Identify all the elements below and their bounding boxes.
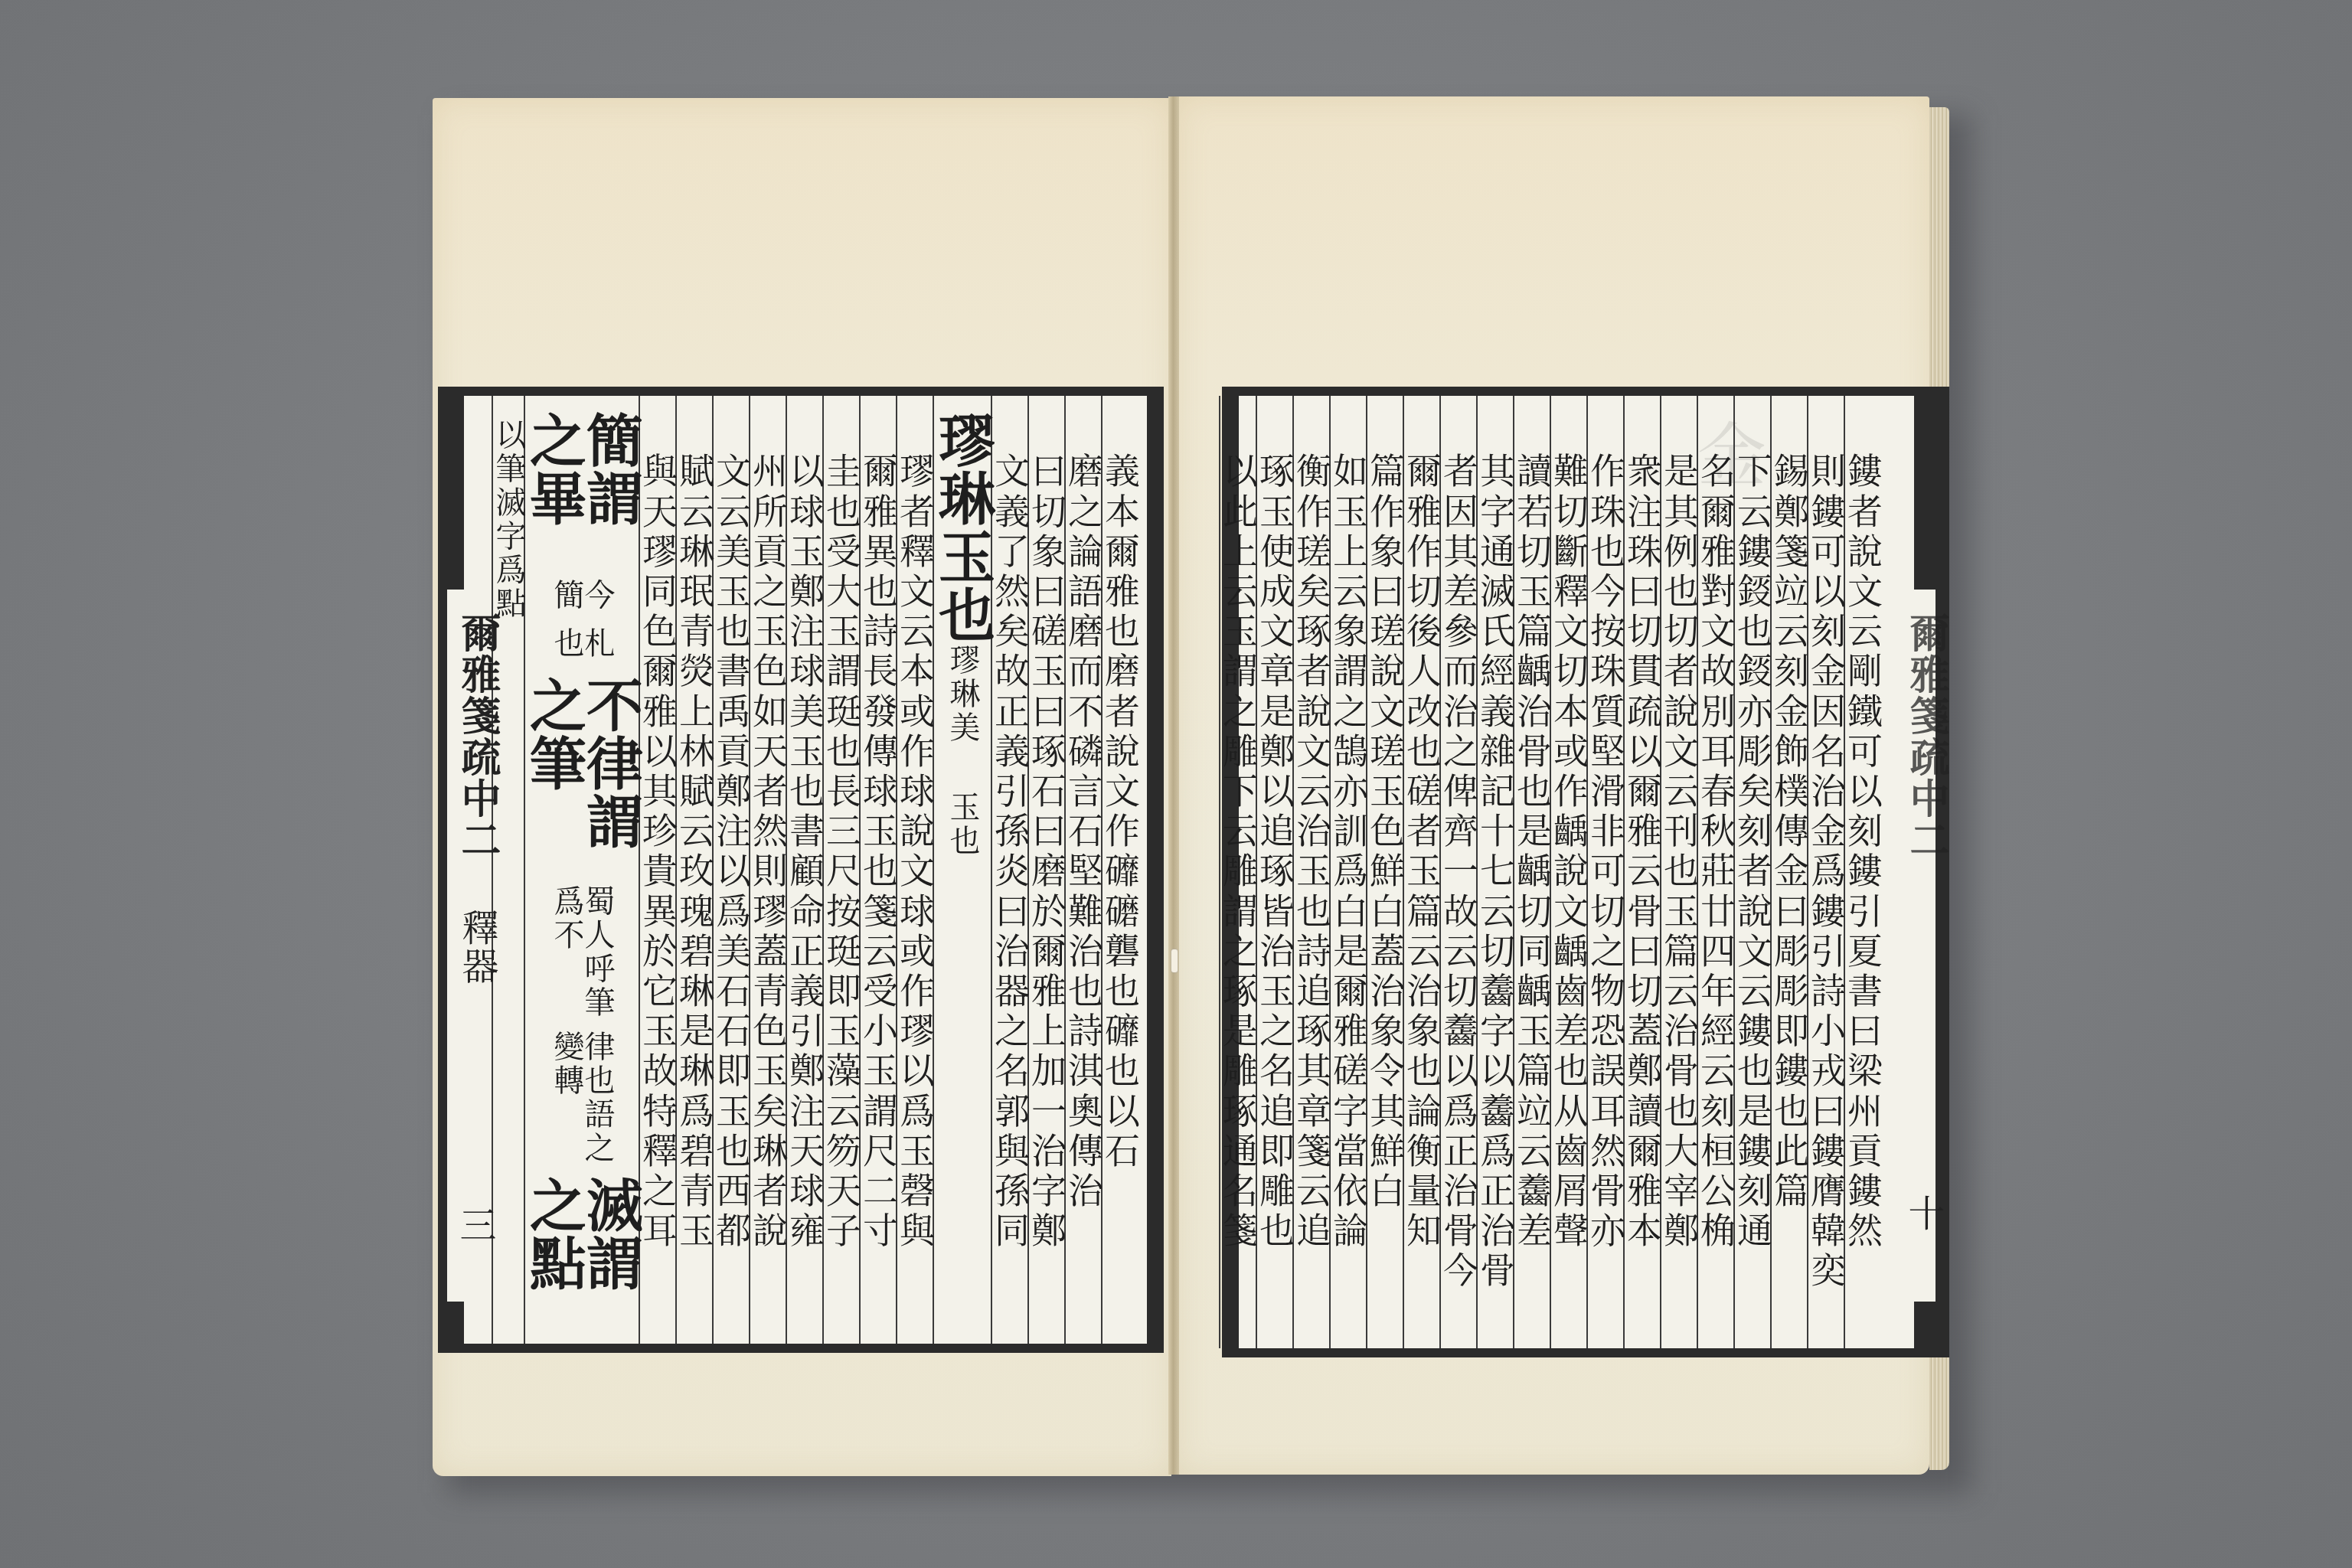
text-column: 琢玉使成文章是鄭以追琢皆治玉之名追即雕也 — [1256, 396, 1292, 1348]
column-text: 如玉上云象謂之鵠亦訓爲白是爾雅磋字當依論 — [1331, 452, 1366, 1252]
text-column: 名爾雅對文故別耳春秋莊廿四年經云刻桓公桷 — [1697, 396, 1733, 1348]
book-title: 爾雅箋疏中二 — [1903, 612, 1949, 861]
binding-thread — [1171, 949, 1178, 972]
column-text: 衆注珠曰切貫疏以爾雅云骨曰切蓋鄭讀爾雅本 — [1625, 452, 1660, 1252]
left-margin-title: 爾雅箋疏中二 釋器 — [449, 612, 506, 985]
annotation-line: 今簡 — [551, 579, 612, 627]
column-text: 與天璆同色爾雅以其珍貴異於它玉故特釋之耳 — [640, 452, 675, 1252]
text-column: 曰切象曰磋玉曰琢石曰磨於爾雅上加一治字鄭 — [1027, 396, 1064, 1344]
column-text: 是其例也切者說文云刊也玉篇云治骨也大宰鄭 — [1661, 452, 1697, 1252]
annotation-line: 字爲點 — [493, 520, 524, 621]
left-columns: 義本爾雅也磨者說文作䃺礳礱也䃺也以石 磨之論語磨而不磷言石堅難治也詩淇奧傳治 曰… — [519, 396, 1138, 1344]
left-page-number: 三 — [449, 1206, 501, 1244]
chapter-title: 釋器 — [456, 909, 498, 985]
text-column: 以球玉鄭注球美玉也書顧命正義引鄭注天球雍 — [786, 396, 822, 1344]
right-page-number: 十 — [1897, 1194, 1950, 1233]
right-margin-title: 爾雅箋疏中二 — [1897, 612, 1955, 861]
annotation-pair: 璆琳美 玉也 — [945, 644, 980, 858]
text-column: 磨之論語磨而不磷言石堅難治也詩淇奧傳治 — [1064, 396, 1101, 1344]
annotation-line: 札也 — [551, 627, 612, 675]
margin-ink-block — [441, 390, 464, 590]
text-column: 如玉上云象謂之鵠亦訓爲白是爾雅磋字當依論 — [1329, 396, 1366, 1348]
text-column: 讀若切玉篇齲治骨也是齲切同齲玉篇竝云齹差 — [1513, 396, 1550, 1348]
headword-column: 璆琳玉也 璆琳美 玉也 — [933, 396, 991, 1344]
column-text: 鏤者說文云剛鐵可以刻鏤引夏書曰梁州貢鏤然 — [1845, 452, 1880, 1252]
column-text: 文義了然矣故正義引孫炎曰治器之名郭與孫同 — [992, 452, 1027, 1252]
text-column: 以此上云玉謂之雕下云雕謂之琢是雕琢通名箋 — [1219, 396, 1256, 1348]
book-title: 爾雅箋疏中二 — [454, 612, 501, 861]
column-text: 圭也受大玉謂珽也長三尺按珽即玉藻云笏天子 — [824, 452, 859, 1252]
column-text: 磨之論語磨而不磷言石堅難治也詩淇奧傳治 — [1066, 452, 1101, 1212]
text-column: 者因其差參而治之俾齊一故云切齹以爲正治骨今 — [1439, 396, 1476, 1348]
text-column: 難切斷釋文切本或作齲說文齲齒差也从齒屑聲 — [1550, 396, 1586, 1348]
column-text: 錫鄭箋竝云刻金飾樸傳金曰彫彫即鏤也此篇 — [1772, 452, 1807, 1212]
headword-column: 簡謂之畢 今簡 札也 不律謂之筆 蜀人呼筆爲不 律也語之變轉 滅謂之點 — [524, 396, 639, 1344]
text-column: 衆注珠曰切貫疏以爾雅云骨曰切蓋鄭讀爾雅本 — [1623, 396, 1660, 1348]
annotation-line: 璆琳美 — [945, 644, 980, 745]
column-text: 篇作象曰瑳說文瑳玉色鮮白蓋治象令其鮮白 — [1367, 452, 1403, 1212]
text-column: 義本爾雅也磨者說文作䃺礳礱也䃺也以石 — [1101, 396, 1138, 1344]
text-column: 鏤者說文云剛鐵可以刻鏤引夏書曰梁州貢鏤然 — [1844, 396, 1880, 1348]
column-text: 琢玉使成文章是鄭以追琢皆治玉之名追即雕也 — [1257, 452, 1292, 1252]
headword: 璆琳玉也 — [934, 411, 991, 644]
text-column: 衡作瑳矣琢者說文云治玉也詩追琢其章箋云追 — [1292, 396, 1329, 1348]
left-print-frame: 義本爾雅也磨者說文作䃺礳礱也䃺也以石 磨之論語磨而不磷言石堅難治也詩淇奧傳治 曰… — [438, 387, 1164, 1353]
text-column: 賦云琳珉青熒上林賦云玫瑰碧琳是琳爲碧青玉 — [675, 396, 712, 1344]
headword: 簡謂之畢 — [525, 411, 639, 579]
column-text: 衡作瑳矣琢者說文云治玉也詩追琢其章箋云追 — [1294, 452, 1329, 1252]
headword: 不律謂之筆 — [525, 676, 639, 886]
text-column: 其字通滅氏經義雜記十七云切齹字以齹爲正治骨 — [1476, 396, 1513, 1348]
text-column: 州所貢之玉色如天者然則璆蓋青色玉矣琳者說 — [749, 396, 786, 1344]
column-text: 賦云琳珉青熒上林賦云玫瑰碧琳是琳爲碧青玉 — [677, 452, 712, 1252]
annotation-line: 蜀人呼筆爲不 — [551, 885, 612, 1031]
right-print-frame: 金 鏤者說文云剛鐵可以刻鏤引夏書曰梁州貢鏤然 則鏤可以刻金因名治金爲鏤引詩小戎曰… — [1222, 387, 1949, 1357]
column-text: 以球玉鄭注球美玉也書顧命正義引鄭注天球雍 — [787, 452, 822, 1252]
margin-ink-block — [1914, 390, 1945, 590]
column-text: 文云美玉也書禹貢鄭注以爲美石石即玉也西都 — [714, 452, 749, 1252]
column-text: 則鏤可以刻金因名治金爲鏤引詩小戎曰鏤膺韓奕 — [1808, 452, 1844, 1292]
text-column: 璆者釋文云本或作球說文球或作璆以爲玉磬與 — [896, 396, 933, 1344]
column-text: 名爾雅對文故別耳春秋莊廿四年經云刻桓公桷 — [1698, 452, 1733, 1252]
text-column: 文云美玉也書禹貢鄭注以爲美石石即玉也西都 — [712, 396, 749, 1344]
text-column: 文義了然矣故正義引孫炎曰治器之名郭與孫同 — [991, 396, 1027, 1344]
column-text: 曰切象曰磋玉曰琢石曰磨於爾雅上加一治字鄭 — [1029, 452, 1064, 1252]
text-column: 作珠也今按珠質堅滑非可切之物恐誤耳然骨亦 — [1586, 396, 1623, 1348]
column-text: 以此上云玉謂之雕下云雕謂之琢是雕琢通名箋 — [1220, 452, 1256, 1252]
text-column: 下云鏤鋄也鋄亦彫矣刻者說文云鏤也是鏤刻通 — [1733, 396, 1770, 1348]
text-column: 圭也受大玉謂珽也長三尺按珽即玉藻云笏天子 — [822, 396, 859, 1344]
text-column: 篇作象曰瑳說文瑳玉色鮮白蓋治象令其鮮白 — [1366, 396, 1403, 1348]
column-text: 義本爾雅也磨者說文作䃺礳礱也䃺也以石 — [1102, 452, 1138, 1172]
margin-ink-block — [1914, 1302, 1945, 1355]
margin-ink-block — [441, 1302, 464, 1347]
page-number: 十 — [1902, 1194, 1945, 1233]
annotation-line: 玉也 — [945, 791, 980, 858]
text-column: 則鏤可以刻金因名治金爲鏤引詩小戎曰鏤膺韓奕 — [1807, 396, 1844, 1348]
book-gutter — [1168, 96, 1179, 1475]
annotation-line: 以筆滅 — [493, 419, 524, 520]
annotation-line: 律也語之變轉 — [551, 1031, 612, 1176]
page-number: 三 — [453, 1206, 496, 1244]
column-text: 下云鏤鋄也鋄亦彫矣刻者說文云鏤也是鏤刻通 — [1735, 452, 1770, 1252]
column-text: 爾雅作切後人改也磋者玉篇云治象也論衡量知 — [1404, 452, 1439, 1252]
column-text: 者因其差參而治之俾齊一故云切齹以爲正治骨今 — [1441, 452, 1476, 1292]
column-text: 作珠也今按珠質堅滑非可切之物恐誤耳然骨亦 — [1588, 452, 1623, 1252]
text-column: 與天璆同色爾雅以其珍貴異於它玉故特釋之耳 — [639, 396, 675, 1344]
text-column: 爾雅異也詩長發傳球玉也箋云受小玉謂尺二寸 — [859, 396, 896, 1344]
right-columns: 鏤者說文云剛鐵可以刻鏤引夏書曰梁州貢鏤然 則鏤可以刻金因名治金爲鏤引詩小戎曰鏤膺… — [1242, 396, 1880, 1348]
headword: 滅謂之點 — [525, 1176, 639, 1344]
column-text: 州所貢之玉色如天者然則璆蓋青色玉矣琳者說 — [750, 452, 786, 1252]
text-column: 爾雅作切後人改也磋者玉篇云治象也論衡量知 — [1403, 396, 1439, 1348]
column-text: 爾雅異也詩長發傳球玉也箋云受小玉謂尺二寸 — [861, 452, 896, 1252]
column-text: 其字通滅氏經義雜記十七云切齹字以齹爲正治骨 — [1478, 452, 1513, 1292]
column-text: 讀若切玉篇齲治骨也是齲切同齲玉篇竝云齹差 — [1514, 452, 1550, 1252]
text-column: 是其例也切者說文云刊也玉篇云治骨也大宰鄭 — [1660, 396, 1697, 1348]
column-text: 難切斷釋文切本或作齲說文齲齒差也从齒屑聲 — [1551, 452, 1586, 1252]
column-text: 璆者釋文云本或作球說文球或作璆以爲玉磬與 — [897, 452, 933, 1252]
text-column: 錫鄭箋竝云刻金飾樸傳金曰彫彫即鏤也此篇 — [1770, 396, 1807, 1348]
